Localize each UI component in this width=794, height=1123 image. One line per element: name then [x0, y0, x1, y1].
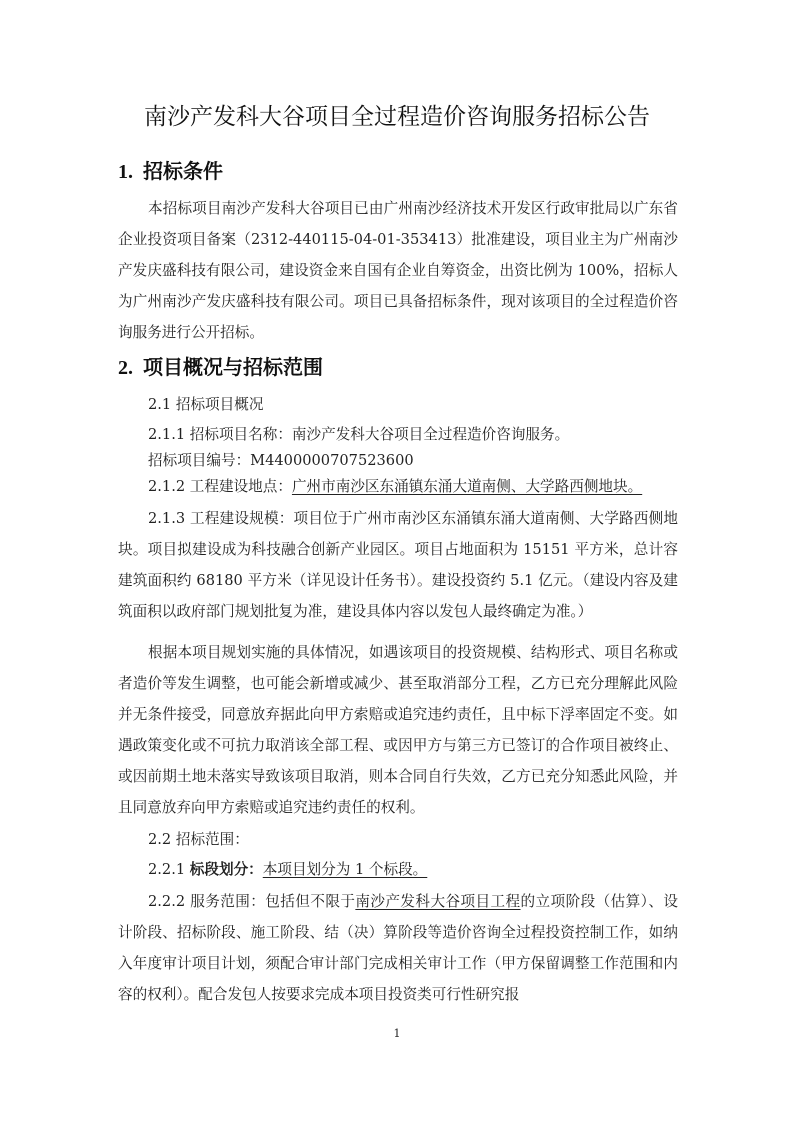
lot-number: 2.2.1	[148, 861, 190, 878]
subsection-2-2-2: 2.2.2 服务范围：包括但不限于南沙产发科大谷项目工程的立项阶段（估算）、设计…	[118, 886, 678, 1010]
scope-prefix: 2.2.2 服务范围：包括但不限于	[148, 893, 355, 910]
page-number: 1	[0, 1027, 794, 1040]
subsection-2-1-2: 2.1.2 工程建设地点：广州市南沙区东涌镇东涌大道南侧、大学路西侧地块。	[148, 473, 642, 501]
section-1-paragraph: 本招标项目南沙产发科大谷项目已由广州南沙经济技术开发区行政审批局以广东省企业投资…	[118, 193, 678, 348]
section-1-heading: 1.招标条件	[118, 156, 223, 187]
section-title: 项目概况与招标范围	[143, 355, 323, 379]
document-title: 南沙产发科大谷项目全过程造价咨询服务招标公告	[0, 100, 794, 134]
section-2-heading: 2.项目概况与招标范围	[118, 352, 323, 383]
section-number: 2.	[118, 357, 133, 379]
project-code: 招标项目编号：M4400000707523600	[148, 447, 414, 475]
scope-project-name: 南沙产发科大谷项目工程	[355, 893, 520, 910]
subsection-2-1-1: 2.1.1 招标项目名称：南沙产发科大谷项目全过程造价咨询服务。	[148, 421, 569, 449]
section-number: 1.	[118, 161, 133, 183]
subsection-2-1-3: 2.1.3 工程建设规模：项目位于广州市南沙区东涌镇东涌大道南侧、大学路西侧地块…	[118, 503, 678, 627]
section-title: 招标条件	[143, 159, 223, 183]
document-page: 南沙产发科大谷项目全过程造价咨询服务招标公告 1.招标条件 本招标项目南沙产发科…	[0, 0, 794, 1123]
subsection-2-1: 2.1 招标项目概况	[148, 391, 263, 419]
subsection-2-2: 2.2 招标范围：	[148, 826, 249, 854]
risk-paragraph: 根据本项目规划实施的具体情况，如遇该项目的投资规模、结构形式、项目名称或者造价等…	[118, 637, 678, 823]
lot-value: 本项目划分为 1 个标段。	[263, 861, 428, 878]
lot-label: 标段划分：	[190, 861, 263, 878]
location-value: 广州市南沙区东涌镇东涌大道南侧、大学路西侧地块。	[292, 478, 642, 495]
location-label: 2.1.2 工程建设地点：	[148, 478, 292, 495]
subsection-2-2-1: 2.2.1 标段划分：本项目划分为 1 个标段。	[148, 856, 427, 884]
